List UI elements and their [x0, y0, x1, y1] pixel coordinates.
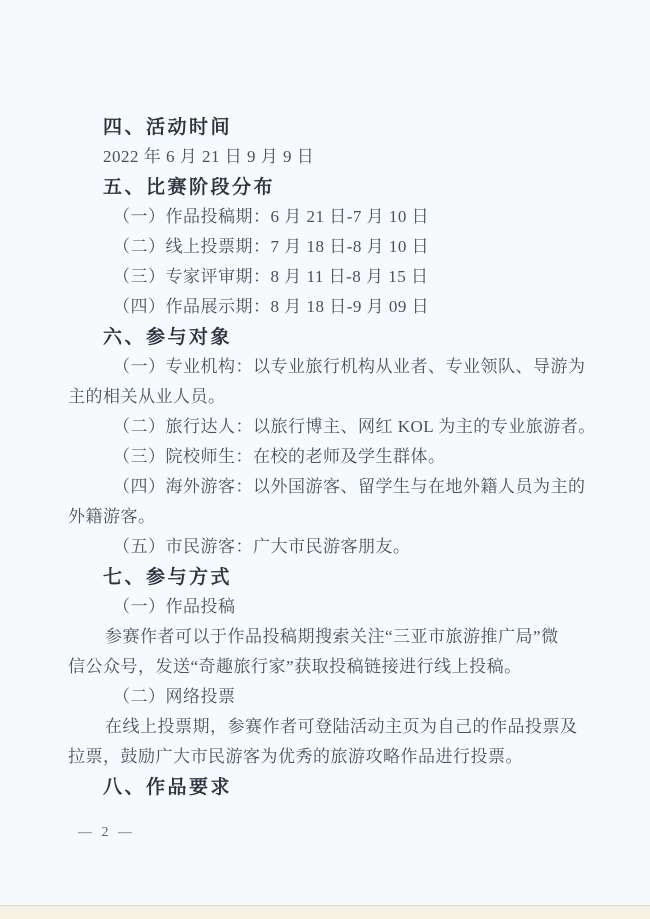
method-item-work-submission: （一）作品投稿	[113, 592, 590, 622]
document-body: 四、活动时间 2022 年 6 月 21 日 9 月 9 日 五、比赛阶段分布 …	[68, 112, 590, 844]
section-heading-activity-time: 四、活动时间	[103, 112, 590, 142]
participant-overseas-tourists-line1: （四）海外游客：以外国游客、留学生与在地外籍人员为主的	[113, 472, 590, 502]
stage-item-online-voting-period: （二）线上投票期：7 月 18 日-8 月 10 日	[113, 232, 590, 262]
section-heading-participation-method: 七、参与方式	[103, 562, 590, 592]
submission-instructions-line1: 参赛作者可以于作品投稿期搜索关注“三亚市旅游推广局”微	[105, 622, 590, 652]
participant-travel-experts: （二）旅行达人：以旅行博主、网红 KOL 为主的专业旅游者。	[113, 412, 590, 442]
participant-professional-orgs-line1: （一）专业机构：以专业旅行机构从业者、专业领队、导游为	[113, 352, 590, 382]
submission-instructions-line2: 信公众号，发送“奇趣旅行家”获取投稿链接进行线上投稿。	[68, 652, 590, 682]
participant-school-staff-students: （三）院校师生：在校的老师及学生群体。	[113, 442, 590, 472]
stage-item-exhibition-period: （四）作品展示期：8 月 18 日-9 月 09 日	[113, 292, 590, 322]
scan-bottom-page-edge	[0, 905, 650, 919]
section-heading-participants: 六、参与对象	[103, 322, 590, 352]
section-heading-work-requirements: 八、作品要求	[103, 772, 590, 802]
stage-item-submission-period: （一）作品投稿期：6 月 21 日-7 月 10 日	[113, 202, 590, 232]
stage-item-expert-review-period: （三）专家评审期：8 月 11 日-8 月 15 日	[113, 262, 590, 292]
voting-instructions-line1: 在线上投票期，参赛作者可登陆活动主页为自己的作品投票及	[105, 712, 590, 742]
scanned-document-page: 四、活动时间 2022 年 6 月 21 日 9 月 9 日 五、比赛阶段分布 …	[0, 0, 650, 919]
participant-overseas-tourists-line2: 外籍游客。	[68, 502, 590, 532]
section-heading-competition-stages: 五、比赛阶段分布	[103, 172, 590, 202]
participant-citizen-tourists: （五）市民游客：广大市民游客朋友。	[113, 532, 590, 562]
voting-instructions-line2: 拉票，鼓励广大市民游客为优秀的旅游攻略作品进行投票。	[68, 742, 590, 772]
method-item-online-voting: （二）网络投票	[113, 682, 590, 712]
activity-date-range: 2022 年 6 月 21 日 9 月 9 日	[103, 142, 590, 172]
participant-professional-orgs-line2: 主的相关从业人员。	[68, 382, 590, 412]
page-number: — 2 —	[78, 822, 590, 844]
